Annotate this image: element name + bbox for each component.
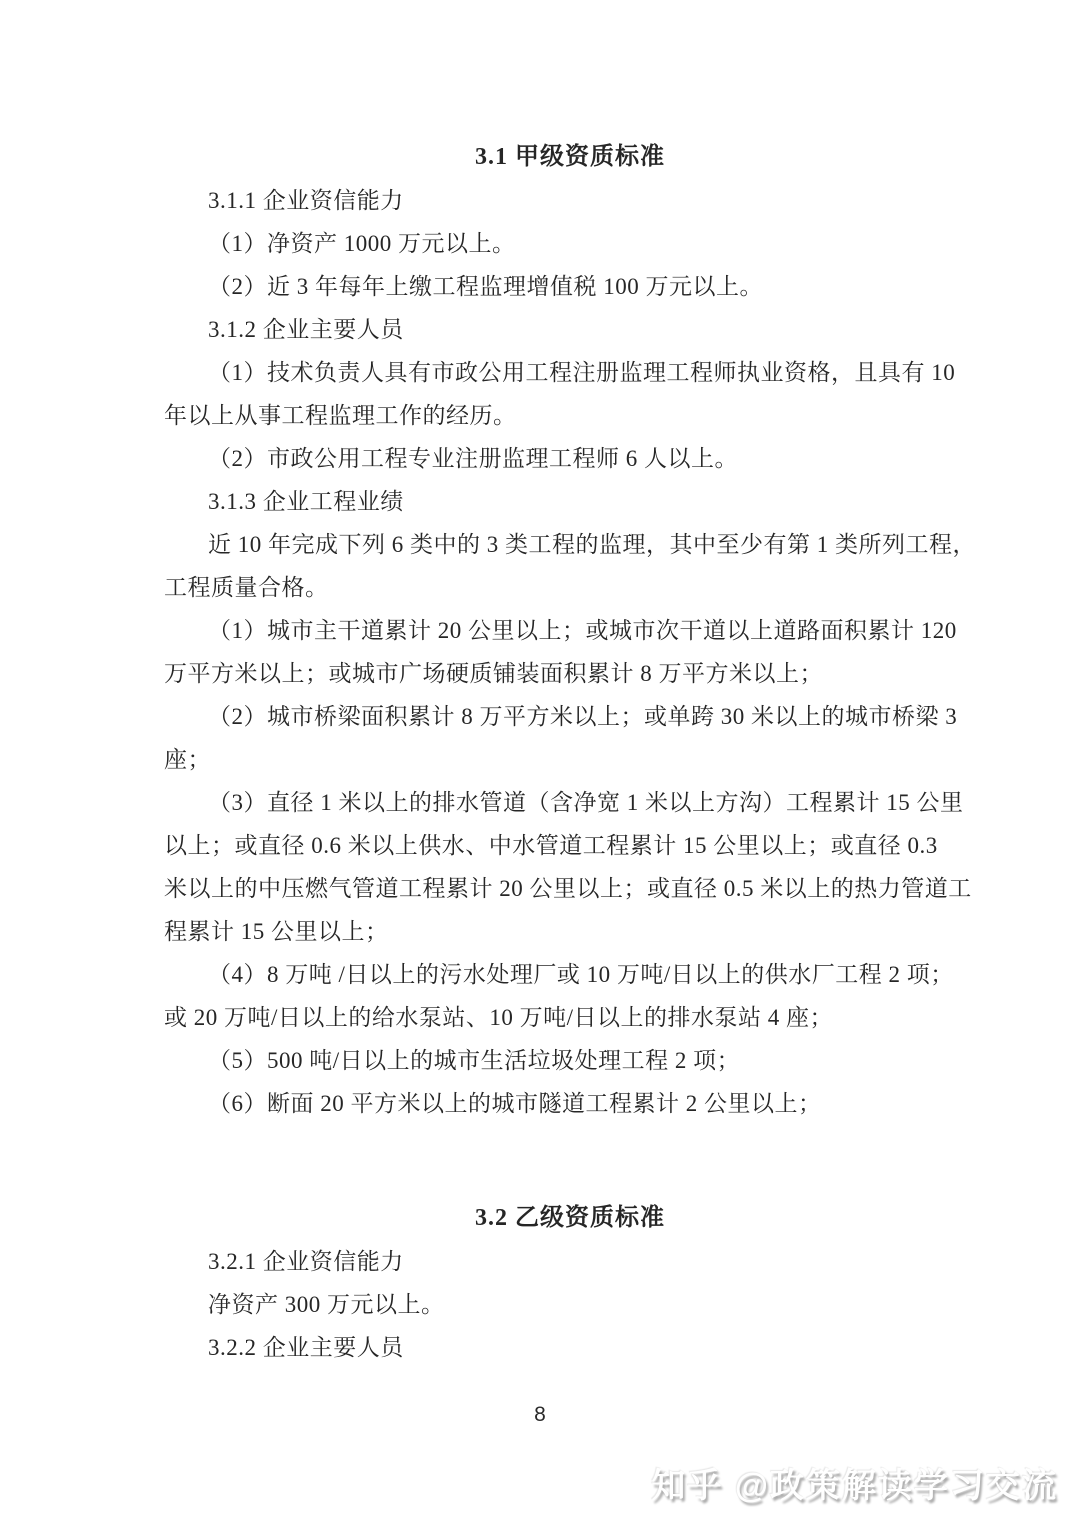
document-line: 3.2.1 企业资信能力 <box>164 1240 916 1283</box>
document-line: 以上；或直径 0.6 米以上供水、中水管道工程累计 15 公里以上；或直径 0.… <box>164 824 916 867</box>
document-page: 3.1 甲级资质标准 3.1.1 企业资信能力（1）净资产 1000 万元以上。… <box>0 0 1080 1527</box>
document-line: （2）城市桥梁面积累计 8 万平方米以上；或单跨 30 米以上的城市桥梁 3 <box>164 695 916 738</box>
document-line: （2）近 3 年每年上缴工程监理增值税 100 万元以上。 <box>164 265 916 308</box>
document-line: 座； <box>164 738 916 781</box>
document-line: 米以上的中压燃气管道工程累计 20 公里以上；或直径 0.5 米以上的热力管道工 <box>164 867 916 910</box>
document-line: （1）净资产 1000 万元以上。 <box>164 222 916 265</box>
section-title-3-1: 3.1 甲级资质标准 <box>194 136 946 179</box>
document-line: （2）市政公用工程专业注册监理工程师 6 人以上。 <box>164 437 916 480</box>
document-line: 或 20 万吨/日以上的给水泵站、10 万吨/日以上的排水泵站 4 座； <box>164 996 916 1039</box>
page-number: 8 <box>0 1400 1080 1430</box>
document-line: 程累计 15 公里以上； <box>164 910 916 953</box>
document-line: （5）500 吨/日以上的城市生活垃圾处理工程 2 项； <box>164 1039 916 1082</box>
document-line: 年以上从事工程监理工作的经历。 <box>164 394 916 437</box>
document-line: （6）断面 20 平方米以上的城市隧道工程累计 2 公里以上； <box>164 1082 916 1125</box>
document-line: （3）直径 1 米以上的排水管道（含净宽 1 米以上方沟）工程累计 15 公里 <box>164 781 916 824</box>
document-line: 3.1.3 企业工程业绩 <box>164 480 916 523</box>
document-line: 工程质量合格。 <box>164 566 916 609</box>
document-content: 3.1 甲级资质标准 3.1.1 企业资信能力（1）净资产 1000 万元以上。… <box>164 136 916 1369</box>
document-line: 万平方米以上；或城市广场硬质铺装面积累计 8 万平方米以上； <box>164 652 916 695</box>
section-3-2-body: 3.2.1 企业资信能力净资产 300 万元以上。3.2.2 企业主要人员 <box>164 1240 916 1369</box>
document-line: （4）8 万吨 /日以上的污水处理厂或 10 万吨/日以上的供水厂工程 2 项； <box>164 953 916 996</box>
document-line: 3.2.2 企业主要人员 <box>164 1326 916 1369</box>
watermark-zhihu: 知乎 @政策解读学习交流 <box>651 1466 1058 1506</box>
section-title-3-2: 3.2 乙级资质标准 <box>194 1197 946 1240</box>
document-line: （1）城市主干道累计 20 公里以上；或城市次干道以上道路面积累计 120 <box>164 609 916 652</box>
document-line: 3.1.2 企业主要人员 <box>164 308 916 351</box>
document-line: （1）技术负责人具有市政公用工程注册监理工程师执业资格，且具有 10 <box>164 351 916 394</box>
section-3-1-body: 3.1.1 企业资信能力（1）净资产 1000 万元以上。（2）近 3 年每年上… <box>164 179 916 1125</box>
document-line: 净资产 300 万元以上。 <box>164 1283 916 1326</box>
document-line: 近 10 年完成下列 6 类中的 3 类工程的监理，其中至少有第 1 类所列工程… <box>164 523 916 566</box>
document-line: 3.1.1 企业资信能力 <box>164 179 916 222</box>
